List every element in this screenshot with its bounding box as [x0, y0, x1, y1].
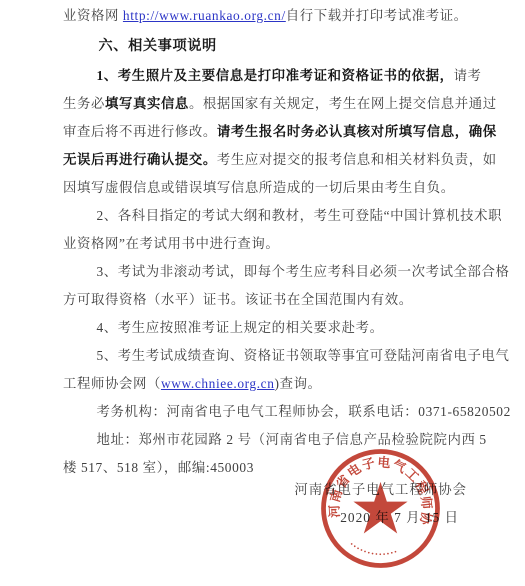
text-line: 业资格网 http://www.ruankao.org.cn/自行下载并打印考试…	[63, 2, 463, 30]
text-segment: 填写真实信息	[105, 96, 189, 111]
text-segment: 。根据国家有关规定，考生在网上提交信息并通过	[189, 96, 497, 111]
text-line: 审查后将不再进行修改。请考生报名时务必认真核对所填写信息，确保	[63, 118, 463, 146]
text-segment: 请考	[454, 68, 482, 83]
document-page: 业资格网 http://www.ruankao.org.cn/自行下载并打印考试…	[0, 0, 525, 586]
section-heading: 六、相关事项说明	[63, 32, 463, 60]
text-line: 因填写虚假信息或错误填写信息所造成的一切后果由考生自负。	[63, 174, 463, 202]
seal-code: •••••••••••••	[348, 542, 399, 558]
text-segment: 无误后再进行确认提交。	[63, 152, 217, 167]
text-segment: 3、考试为非滚动考试，即每个考生应考科目必须一次考试全部合格	[97, 264, 510, 279]
text-segment: 工程师协会网（	[63, 376, 161, 391]
text-segment: 业资格网	[63, 8, 123, 23]
text-segment: 业资格网”在考试用书中进行查询。	[63, 236, 279, 251]
document-body: 业资格网 http://www.ruankao.org.cn/自行下载并打印考试…	[63, 2, 463, 482]
text-segment: 生务必	[63, 96, 105, 111]
text-line: 无误后再进行确认提交。考生应对提交的报考信息和相关材料负责，如	[63, 146, 463, 174]
hyperlink[interactable]: http://www.ruankao.org.cn/	[123, 8, 286, 23]
text-segment: 请考生报名时务必认真核对所填写信息，确保	[217, 124, 497, 139]
text-segment: 因填写虚假信息或错误填写信息所造成的一切后果由考生自负。	[63, 180, 455, 195]
text-segment: 2、各科目指定的考试大纲和教材，考生可登陆“中国计算机技术职	[97, 208, 503, 223]
text-segment: 审查后将不再进行修改。	[63, 124, 217, 139]
text-line: 方可取得资格（水平）证书。该证书在全国范围内有效。	[63, 286, 463, 314]
text-line: 工程师协会网（www.chniee.org.cn)查询。	[63, 370, 463, 398]
seal-star-icon	[353, 482, 407, 534]
text-segment: 考务机构：河南省电子电气工程师协会，联系电话：0371-65820502	[97, 404, 511, 419]
text-segment: 方可取得资格（水平）证书。该证书在全国范围内有效。	[63, 292, 413, 307]
text-line: 业资格网”在考试用书中进行查询。	[63, 230, 463, 258]
text-segment: 楼 517、518 室），邮编:450003	[63, 460, 254, 475]
text-segment: 5、考生考试成绩查询、资格证书领取等事宜可登陆河南省电子电气	[97, 348, 510, 363]
text-line: 1、考生照片及主要信息是打印准考证和资格证书的依据，请考	[63, 62, 463, 90]
text-segment: 自行下载并打印考试准考证。	[286, 8, 468, 23]
text-segment: 考生应对提交的报考信息和相关材料负责，如	[217, 152, 497, 167]
text-segment: 4、考生应按照准考证上规定的相关要求赴考。	[97, 320, 384, 335]
text-line: 3、考试为非滚动考试，即每个考生应考科目必须一次考试全部合格	[63, 258, 463, 286]
text-segment: 六、相关事项说明	[99, 38, 217, 54]
text-segment: )查询。	[275, 376, 322, 391]
text-line: 生务必填写真实信息。根据国家有关规定，考生在网上提交信息并通过	[63, 90, 463, 118]
svg-text:•••••••••••••: •••••••••••••	[348, 542, 399, 558]
official-seal-icon: 河南省电子电气工程师协会 •••••••••••••	[314, 442, 447, 575]
text-line: 考务机构：河南省电子电气工程师协会，联系电话：0371-65820502	[63, 398, 463, 426]
text-line: 2、各科目指定的考试大纲和教材，考生可登陆“中国计算机技术职	[63, 202, 463, 230]
text-line: 4、考生应按照准考证上规定的相关要求赴考。	[63, 314, 463, 342]
hyperlink[interactable]: www.chniee.org.cn	[161, 376, 275, 391]
text-line: 5、考生考试成绩查询、资格证书领取等事宜可登陆河南省电子电气	[63, 342, 463, 370]
text-segment: 1、考生照片及主要信息是打印准考证和资格证书的依据，	[97, 68, 454, 83]
